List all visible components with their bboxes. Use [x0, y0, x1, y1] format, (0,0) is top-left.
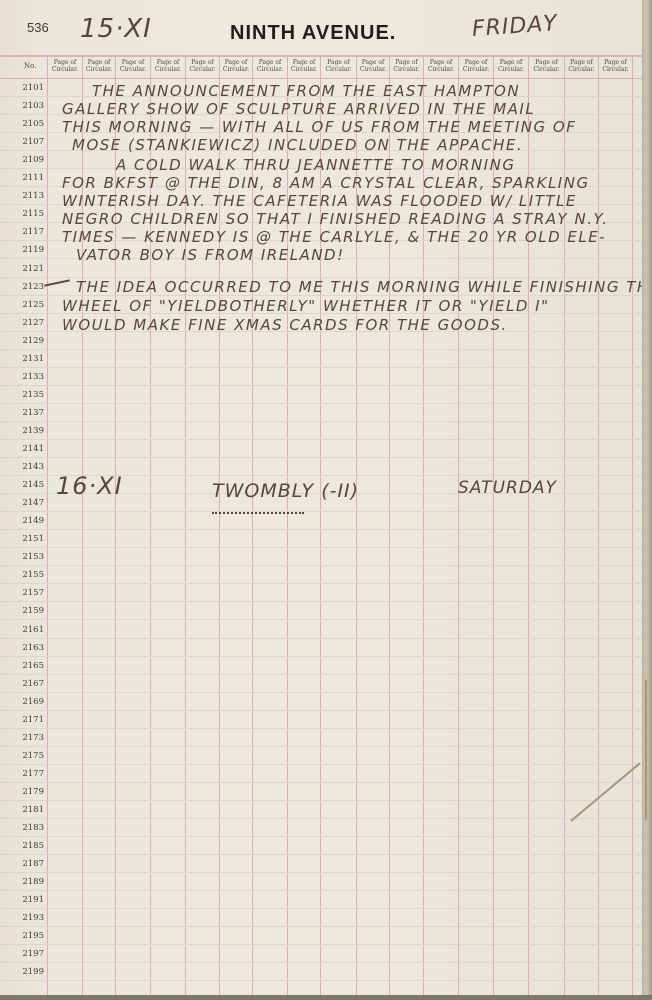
column-header-page-of-circular: Page ofCircular. — [220, 59, 252, 73]
row-number: 2105 — [22, 119, 44, 129]
entry-2-day: SATURDAY — [458, 478, 557, 498]
row-number: 2139 — [22, 426, 44, 436]
row-number: 2193 — [22, 913, 44, 923]
entry-line: A COLD WALK THRU JEANNETTE TO MORNING — [116, 156, 515, 174]
row-number: 2101 — [22, 83, 44, 93]
entry-line: WOULD MAKE FINE XMAS CARDS FOR THE GOODS… — [62, 316, 508, 334]
page-title: NINTH AVENUE. — [230, 22, 396, 45]
row-number: 2163 — [22, 643, 44, 653]
row-rule — [0, 529, 642, 530]
row-rule — [0, 439, 642, 440]
row-number: 2173 — [22, 733, 44, 743]
row-rule — [0, 583, 642, 584]
row-rule — [0, 926, 642, 927]
column-header-page-of-circular: Page ofCircular. — [529, 59, 564, 73]
column-header-page-of-circular: Page ofCircular. — [116, 59, 150, 73]
row-rule — [0, 511, 642, 512]
row-number: 2129 — [22, 336, 44, 346]
row-number: 2113 — [22, 191, 44, 201]
row-number: 2197 — [22, 949, 44, 959]
row-number: 2187 — [22, 859, 44, 869]
row-number: 2195 — [22, 931, 44, 941]
row-number: 2127 — [22, 318, 44, 328]
column-header-page-of-circular: Page ofCircular. — [288, 59, 320, 73]
row-rule — [0, 962, 642, 963]
row-rule — [0, 349, 642, 350]
row-rule — [0, 818, 642, 819]
page-edge — [642, 0, 652, 1000]
entry-2-date: 16·XI — [56, 472, 123, 500]
row-rule — [0, 692, 642, 693]
row-number: 2141 — [22, 444, 44, 454]
row-number: 2123 — [22, 282, 44, 292]
row-rule — [0, 728, 642, 729]
column-header-page-of-circular: Page ofCircular. — [83, 59, 115, 73]
column-header-page-of-circular: Page ofCircular. — [459, 59, 493, 73]
column-header-page-of-circular: Page ofCircular. — [357, 59, 389, 73]
row-number: 2133 — [22, 372, 44, 382]
row-number: 2109 — [22, 155, 44, 165]
column-rule — [632, 55, 633, 1000]
column-header-page-of-circular: Page ofCircular. — [321, 59, 356, 73]
column-header-page-of-circular: Page ofCircular. — [599, 59, 632, 73]
row-number: 2181 — [22, 805, 44, 815]
entry-line: THE ANNOUNCEMENT FROM THE EAST HAMPTON — [92, 82, 520, 100]
row-rule — [0, 403, 642, 404]
row-rule — [0, 746, 642, 747]
row-rule — [0, 764, 642, 765]
row-rule — [0, 890, 642, 891]
row-number: 2143 — [22, 462, 44, 472]
row-rule — [0, 710, 642, 711]
row-number: 2135 — [22, 390, 44, 400]
row-rule — [0, 457, 642, 458]
column-header-page-of-circular: Page ofCircular. — [186, 59, 219, 73]
column-header-page-of-circular: Page ofCircular. — [390, 59, 423, 73]
row-rule — [0, 782, 642, 783]
column-rule — [47, 55, 48, 1000]
row-number: 2111 — [22, 173, 44, 183]
column-header-page-of-circular: Page ofCircular. — [565, 59, 598, 73]
entry-line: MOSE (STANKIEWICZ) INCLUDED ON THE APPAC… — [72, 136, 523, 154]
row-rule — [0, 385, 642, 386]
row-number: 2103 — [22, 101, 44, 111]
row-number: 2161 — [22, 625, 44, 635]
row-rule — [0, 547, 642, 548]
wavy-underline — [212, 508, 304, 514]
entry-line: FOR BKFST @ THE DIN, 8 AM A CRYSTAL CLEA… — [62, 174, 590, 192]
column-rule — [598, 55, 599, 1000]
entry-line: VATOR BOY IS FROM IRELAND! — [76, 246, 345, 264]
row-number: 2147 — [22, 498, 44, 508]
entry-line: THE IDEA OCCURRED TO ME THIS MORNING WHI… — [76, 278, 642, 296]
page-bottom-edge — [0, 995, 652, 1000]
binding-string — [645, 680, 647, 820]
row-rule — [0, 854, 642, 855]
row-number: 2117 — [22, 227, 44, 237]
row-number: 2121 — [22, 264, 44, 274]
number-column-header: No. — [24, 62, 36, 70]
header-rule-bottom — [0, 78, 642, 79]
row-number: 2153 — [22, 552, 44, 562]
row-number: 2131 — [22, 354, 44, 364]
row-number: 2175 — [22, 751, 44, 761]
row-number: 2171 — [22, 715, 44, 725]
row-number: 2167 — [22, 679, 44, 689]
row-rule — [0, 619, 642, 620]
row-rule — [0, 674, 642, 675]
row-number: 2145 — [22, 480, 44, 490]
entry-line: GALLERY SHOW OF SCULPTURE ARRIVED IN THE… — [62, 100, 535, 118]
row-number: 2157 — [22, 588, 44, 598]
row-number: 2115 — [22, 209, 44, 219]
row-number: 2151 — [22, 534, 44, 544]
column-header-page-of-circular: Page ofCircular. — [151, 59, 185, 73]
entry-2-subject: TWOMBLY (-II) — [212, 480, 359, 502]
row-number: 2191 — [22, 895, 44, 905]
row-number: 2155 — [22, 570, 44, 580]
entry-line: WINTERISH DAY. THE CAFETERIA WAS FLOODED… — [62, 192, 577, 210]
row-number: 2189 — [22, 877, 44, 887]
row-rule — [0, 656, 642, 657]
column-header-page-of-circular: Page ofCircular. — [253, 59, 287, 73]
row-rule — [0, 908, 642, 909]
row-number: 2179 — [22, 787, 44, 797]
page-number: 536 — [27, 20, 49, 35]
row-rule — [0, 836, 642, 837]
row-number: 2177 — [22, 769, 44, 779]
row-rule — [0, 421, 642, 422]
row-rule — [0, 872, 642, 873]
row-number: 2159 — [22, 606, 44, 616]
entry-line: WHEEL OF "YIELDBOTHERLY" WHETHER IT OR "… — [62, 297, 549, 315]
entry-day-handwritten: FRIDAY — [471, 11, 558, 42]
row-rule — [0, 980, 642, 981]
entry-date-handwritten: 15·XI — [80, 14, 152, 44]
row-rule — [0, 601, 642, 602]
row-number: 2183 — [22, 823, 44, 833]
row-number: 2165 — [22, 661, 44, 671]
entry-line: TIMES — KENNEDY IS @ THE CARLYLE, & THE … — [62, 228, 606, 246]
row-number: 2125 — [22, 300, 44, 310]
row-number: 2119 — [22, 245, 44, 255]
row-rule — [0, 638, 642, 639]
header-rule-top — [0, 55, 642, 57]
column-header-page-of-circular: Page ofCircular. — [48, 59, 82, 73]
column-header-page-of-circular: Page ofCircular. — [424, 59, 458, 73]
row-number: 2107 — [22, 137, 44, 147]
entry-line: NEGRO CHILDREN SO THAT I FINISHED READIN… — [62, 210, 608, 228]
ledger-page: 536 15·XI NINTH AVENUE. FRIDAY No. Page … — [0, 0, 642, 1000]
row-number: 2185 — [22, 841, 44, 851]
column-header-page-of-circular: Page ofCircular. — [494, 59, 528, 73]
row-rule — [0, 800, 642, 801]
row-number: 2169 — [22, 697, 44, 707]
entry-line: THIS MORNING — WITH ALL OF US FROM THE M… — [62, 118, 576, 136]
row-rule — [0, 944, 642, 945]
row-number: 2199 — [22, 967, 44, 977]
row-number: 2137 — [22, 408, 44, 418]
row-number: 2149 — [22, 516, 44, 526]
row-rule — [0, 367, 642, 368]
row-rule — [0, 565, 642, 566]
